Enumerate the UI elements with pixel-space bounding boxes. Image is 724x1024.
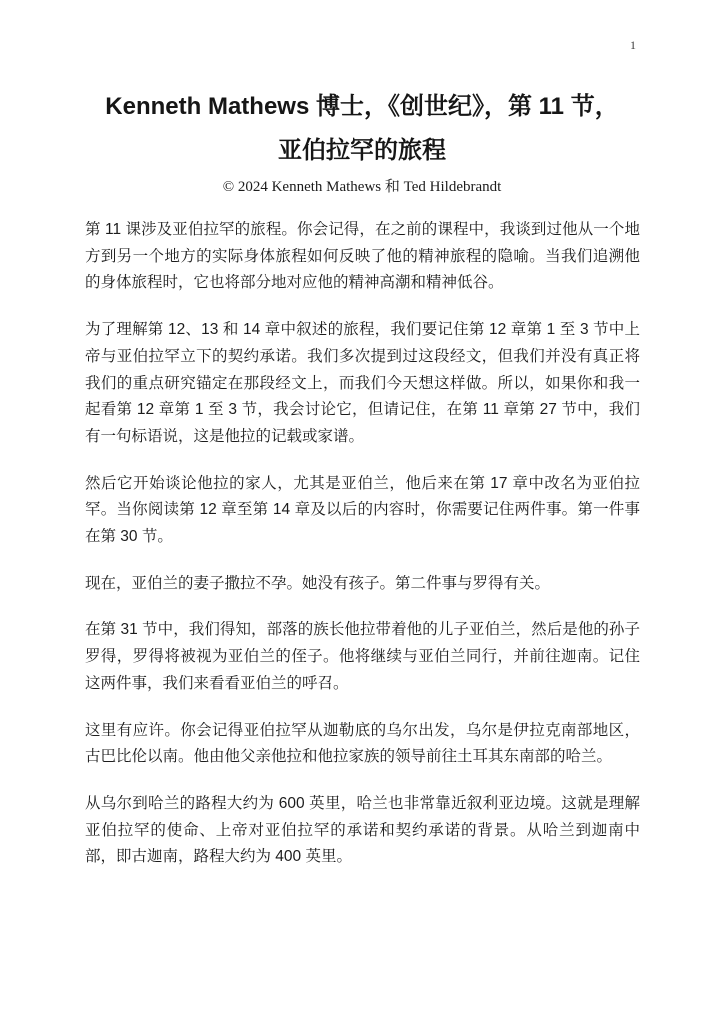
paragraph: 现在，亚伯兰的妻子撒拉不孕。她没有孩子。第二件事与罗得有关。 bbox=[85, 571, 640, 598]
paragraph: 这里有应许。你会记得亚伯拉罕从迦勒底的乌尔出发，乌尔是伊拉克南部地区，古巴比伦以… bbox=[85, 718, 640, 771]
title-line-2: 亚伯拉罕的旅程 bbox=[278, 137, 446, 164]
document-page: 1 Kenneth Mathews 博士，《创世纪》，第 11 节， 亚伯拉罕的… bbox=[0, 0, 724, 1024]
page-number: 1 bbox=[630, 38, 636, 53]
paragraph: 第 11 课涉及亚伯拉罕的旅程。你会记得，在之前的课程中，我谈到过他从一个地方到… bbox=[85, 217, 640, 297]
paragraph: 从乌尔到哈兰的路程大约为 600 英里，哈兰也非常靠近叙利亚边境。这就是理解亚伯… bbox=[85, 791, 640, 871]
copyright-line: © 2024 Kenneth Mathews 和 Ted Hildebrandt bbox=[0, 175, 724, 196]
document-title: Kenneth Mathews 博士，《创世纪》，第 11 节， 亚伯拉罕的旅程 bbox=[40, 85, 684, 173]
paragraph: 为了理解第 12、13 和 14 章中叙述的旅程，我们要记住第 12 章第 1 … bbox=[85, 317, 640, 451]
title-line-1: Kenneth Mathews 博士，《创世纪》，第 11 节， bbox=[105, 93, 618, 120]
paragraph: 然后它开始谈论他拉的家人，尤其是亚伯兰，他后来在第 17 章中改名为亚伯拉罕。当… bbox=[85, 471, 640, 551]
paragraph: 在第 31 节中，我们得知，部落的族长他拉带着他的儿子亚伯兰，然后是他的孙子罗得… bbox=[85, 617, 640, 697]
document-body: 第 11 课涉及亚伯拉罕的旅程。你会记得，在之前的课程中，我谈到过他从一个地方到… bbox=[85, 217, 640, 871]
